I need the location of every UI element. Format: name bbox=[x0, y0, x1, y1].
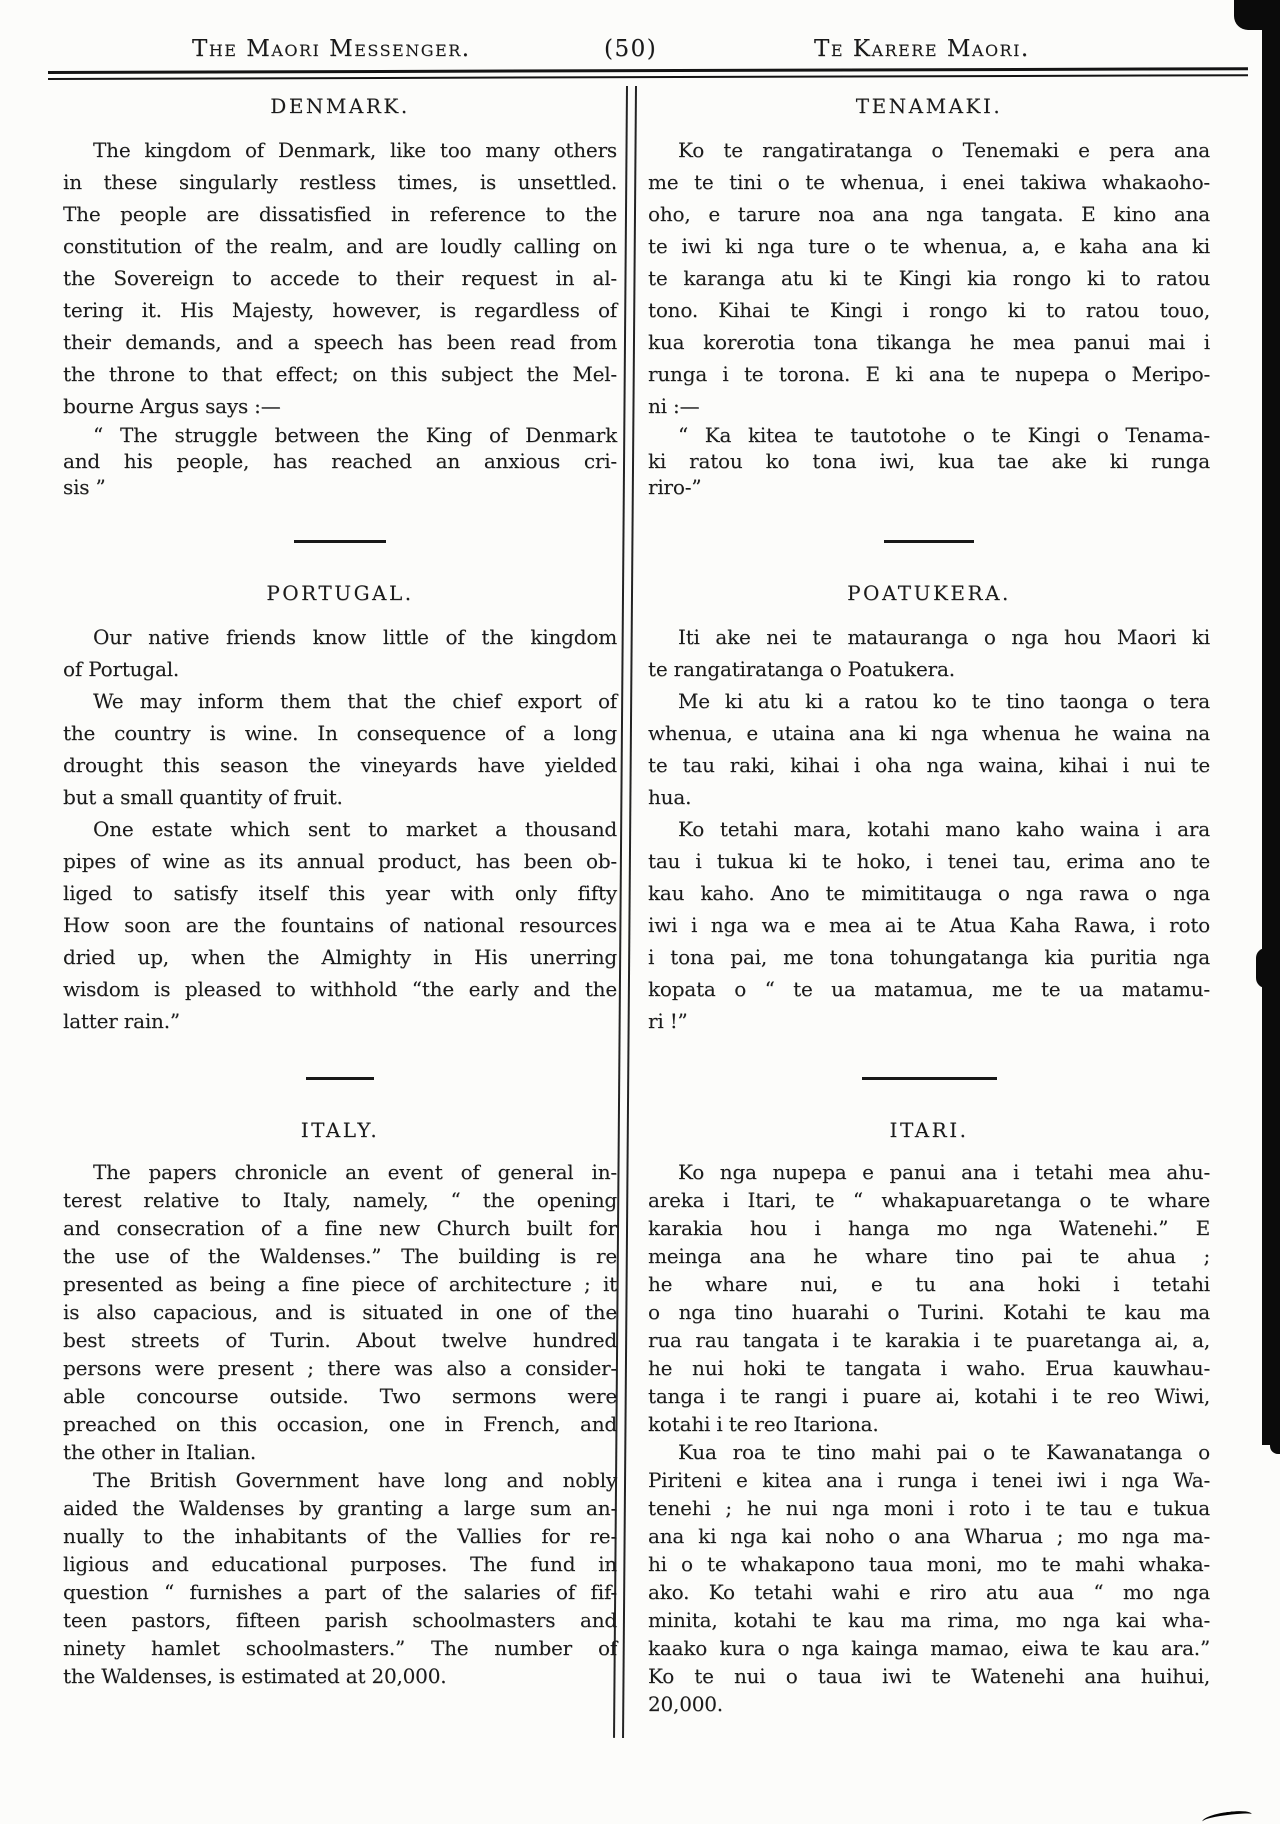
newspaper-title-left: The Maori Messenger. bbox=[192, 36, 471, 62]
quote-paragraph: “ The struggle between the King of Denma… bbox=[63, 422, 617, 500]
newspaper-page: The Maori Messenger. (50) Te Karere Maor… bbox=[0, 0, 1280, 1824]
text-line: Our native friends know little of the ki… bbox=[63, 621, 617, 653]
text-line: hua. bbox=[648, 781, 1210, 813]
header-double-rule bbox=[48, 67, 1248, 80]
paragraph: Kua roa te tino mahi pai o te Kawanatang… bbox=[648, 1438, 1210, 1718]
text-line: tanga i te rangi i puare ai, kotahi i te… bbox=[648, 1382, 1210, 1410]
paragraph: Iti ake nei te matauranga o nga hou Maor… bbox=[648, 621, 1210, 685]
section-heading: POATUKERA. bbox=[648, 581, 1210, 605]
text-line: drought this season the vineyards have y… bbox=[63, 749, 617, 781]
section-divider bbox=[306, 1077, 374, 1080]
text-line: 20,000. bbox=[648, 1690, 1210, 1718]
section-denmark: DENMARK.The kingdom of Denmark, like too… bbox=[63, 94, 617, 500]
text-line: tenehi ; he nui nga moni i roto i te tau… bbox=[648, 1494, 1210, 1522]
text-line: te karanga atu ki te Kingi kia rongo ki … bbox=[648, 262, 1210, 294]
section-heading: TENAMAKI. bbox=[648, 94, 1210, 118]
text-line: latter rain.” bbox=[63, 1005, 617, 1037]
text-line: The papers chronicle an event of general… bbox=[63, 1158, 617, 1186]
text-line: We may inform them that the chief export… bbox=[63, 685, 617, 717]
text-line: bourne Argus says :— bbox=[63, 390, 617, 422]
text-line: in these singularly restless times, is u… bbox=[63, 166, 617, 198]
paragraph: We may inform them that the chief export… bbox=[63, 685, 617, 813]
text-line: tono. Kihai te Kingi i rongo ki to ratou… bbox=[648, 294, 1210, 326]
text-line: karakia hou i hanga mo nga Watenehi.” E bbox=[648, 1214, 1210, 1242]
text-line: One estate which sent to market a thousa… bbox=[63, 813, 617, 845]
text-line: ri !” bbox=[648, 1005, 1210, 1037]
text-line: presented as being a fine piece of archi… bbox=[63, 1270, 617, 1298]
text-line: ana ki nga kai noho o ana Wharua ; mo ng… bbox=[648, 1522, 1210, 1550]
text-line: riro-” bbox=[648, 474, 1210, 500]
text-line: ligious and educational purposes. The fu… bbox=[63, 1550, 617, 1578]
paragraph: The kingdom of Denmark, like too many ot… bbox=[63, 134, 617, 422]
text-line: te rangatiratanga o Poatukera. bbox=[648, 653, 1210, 685]
scan-corner-mark bbox=[1202, 1809, 1253, 1824]
text-line: kopata o “ te ua matamua, me te ua matam… bbox=[648, 973, 1210, 1005]
text-line: tau i tukua ki te hoko, i tenei tau, eri… bbox=[648, 845, 1210, 877]
section-heading: PORTUGAL. bbox=[63, 581, 617, 605]
text-line: Ko tetahi mara, kotahi mano kaho waina i… bbox=[648, 813, 1210, 845]
paragraph: Ko nga nupepa e panui ana i tetahi mea a… bbox=[648, 1158, 1210, 1438]
text-line: nually to the inhabitants of the Vallies… bbox=[63, 1522, 617, 1550]
text-line: “ The struggle between the King of Denma… bbox=[63, 422, 617, 448]
column-right: TENAMAKI.Ko te rangatiratanga o Tenemaki… bbox=[648, 88, 1210, 1718]
text-line: me te tini o te whenua, i enei takiwa wh… bbox=[648, 166, 1210, 198]
text-line: The British Government have long and nob… bbox=[63, 1466, 617, 1494]
text-line: sis ” bbox=[63, 474, 617, 500]
section-portugal: PORTUGAL.Our native friends know little … bbox=[63, 540, 617, 1037]
text-line: ninety hamlet schoolmasters.” The number… bbox=[63, 1634, 617, 1662]
text-line: The kingdom of Denmark, like too many ot… bbox=[63, 134, 617, 166]
text-line: constitution of the realm, and are loudl… bbox=[63, 230, 617, 262]
text-line: of Portugal. bbox=[63, 653, 617, 685]
text-line: whenua, e utaina ana ki nga whenua he wa… bbox=[648, 717, 1210, 749]
text-line: kua korerotia tona tikanga he mea panui … bbox=[648, 326, 1210, 358]
text-line: kaako kura o nga kainga mamao, eiwa te k… bbox=[648, 1634, 1210, 1662]
text-line: oho, e tarure noa ana nga tangata. E kin… bbox=[648, 198, 1210, 230]
text-line: the use of the Waldenses.” The building … bbox=[63, 1242, 617, 1270]
column-left: DENMARK.The kingdom of Denmark, like too… bbox=[63, 88, 617, 1690]
text-line: the Sovereign to accede to their request… bbox=[63, 262, 617, 294]
text-line: minita, kotahi te kau ma rima, mo nga ka… bbox=[648, 1606, 1210, 1634]
text-line: kotahi i te reo Itariona. bbox=[648, 1410, 1210, 1438]
paragraph: Me ki atu ki a ratou ko te tino taonga o… bbox=[648, 685, 1210, 813]
scan-edge-bar-blob bbox=[1256, 948, 1272, 988]
text-line: te iwi ki nga ture o te whenua, a, e kah… bbox=[648, 230, 1210, 262]
text-line: iwi i nga wa e mea ai te Atua Kaha Rawa,… bbox=[648, 909, 1210, 941]
text-line: The people are dissatisfied in reference… bbox=[63, 198, 617, 230]
text-line: ki ratou ko tona iwi, kua tae ake ki run… bbox=[648, 448, 1210, 474]
text-line: ni :— bbox=[648, 390, 1210, 422]
text-line: tering it. His Majesty, however, is rega… bbox=[63, 294, 617, 326]
text-line: kau kaho. Ano te mimititauga o nga rawa … bbox=[648, 877, 1210, 909]
section-tenamaki: TENAMAKI.Ko te rangatiratanga o Tenemaki… bbox=[648, 94, 1210, 500]
text-line: Ko nga nupepa e panui ana i tetahi mea a… bbox=[648, 1158, 1210, 1186]
paragraph: The British Government have long and nob… bbox=[63, 1466, 617, 1690]
text-line: Kua roa te tino mahi pai o te Kawanatang… bbox=[648, 1438, 1210, 1466]
section-heading: ITALY. bbox=[63, 1118, 617, 1142]
text-line: How soon are the fountains of national r… bbox=[63, 909, 617, 941]
text-line: hi o te whakapono taua moni, mo te mahi … bbox=[648, 1550, 1210, 1578]
quote-paragraph: “ Ka kitea te tautotohe o te Kingi o Ten… bbox=[648, 422, 1210, 500]
text-line: the Waldenses, is estimated at 20,000. bbox=[63, 1662, 617, 1690]
section-divider bbox=[294, 540, 386, 543]
text-line: he whare nui, e tu ana hoki i tetahi bbox=[648, 1270, 1210, 1298]
text-line: Me ki atu ki a ratou ko te tino taonga o… bbox=[648, 685, 1210, 717]
text-line: pipes of wine as its annual product, has… bbox=[63, 845, 617, 877]
section-divider bbox=[862, 1077, 997, 1080]
section-divider bbox=[884, 540, 974, 543]
text-line: Ko te rangatiratanga o Tenemaki e pera a… bbox=[648, 134, 1210, 166]
text-line: aided the Waldenses by granting a large … bbox=[63, 1494, 617, 1522]
text-line: the throne to that effect; on this subje… bbox=[63, 358, 617, 390]
scan-edge-bar bbox=[1262, 0, 1280, 1445]
text-line: o nga tino huarahi o Turini. Kotahi te k… bbox=[648, 1298, 1210, 1326]
text-line: able concourse outside. Two sermons were bbox=[63, 1382, 617, 1410]
text-line: and his people, has reached an anxious c… bbox=[63, 448, 617, 474]
text-line: “ Ka kitea te tautotohe o te Kingi o Ten… bbox=[648, 422, 1210, 448]
paragraph: Ko te rangatiratanga o Tenemaki e pera a… bbox=[648, 134, 1210, 422]
scan-edge-bar-cap bbox=[1234, 0, 1280, 30]
text-line: preached on this occasion, one in French… bbox=[63, 1410, 617, 1438]
text-line: their demands, and a speech has been rea… bbox=[63, 326, 617, 358]
text-line: Ko te nui o taua iwi te Watenehi ana hui… bbox=[648, 1662, 1210, 1690]
section-heading: DENMARK. bbox=[63, 94, 617, 118]
text-line: terest relative to Italy, namely, “ the … bbox=[63, 1186, 617, 1214]
paragraph: One estate which sent to market a thousa… bbox=[63, 813, 617, 1037]
text-line: dried up, when the Almighty in His unerr… bbox=[63, 941, 617, 973]
text-line: rua rau tangata i te karakia i te puaret… bbox=[648, 1326, 1210, 1354]
text-line: areka i Itari, te “ whakapuaretanga o te… bbox=[648, 1186, 1210, 1214]
text-line: is also capacious, and is situated in on… bbox=[63, 1298, 617, 1326]
paragraph: Ko tetahi mara, kotahi mano kaho waina i… bbox=[648, 813, 1210, 1037]
section-poatukera: POATUKERA.Iti ake nei te matauranga o ng… bbox=[648, 540, 1210, 1037]
text-line: the country is wine. In consequence of a… bbox=[63, 717, 617, 749]
text-line: the other in Italian. bbox=[63, 1438, 617, 1466]
scan-edge-bar-taper bbox=[1270, 1438, 1280, 1454]
text-line: liged to satisfy itself this year with o… bbox=[63, 877, 617, 909]
text-line: runga i te torona. E ki ana te nupepa o … bbox=[648, 358, 1210, 390]
text-line: persons were present ; there was also a … bbox=[63, 1354, 617, 1382]
section-heading: ITARI. bbox=[648, 1118, 1210, 1142]
text-line: teen pastors, fifteen parish schoolmaste… bbox=[63, 1606, 617, 1634]
text-line: meinga ana he whare tino pai te ahua ; bbox=[648, 1242, 1210, 1270]
section-italy: ITALY.The papers chronicle an event of g… bbox=[63, 1077, 617, 1690]
text-line: te tau raki, kihai i oha nga waina, kiha… bbox=[648, 749, 1210, 781]
text-line: and consecration of a fine new Church bu… bbox=[63, 1214, 617, 1242]
section-itari: ITARI.Ko nga nupepa e panui ana i tetahi… bbox=[648, 1077, 1210, 1718]
paragraph: The papers chronicle an event of general… bbox=[63, 1158, 617, 1466]
newspaper-title-right: Te Karere Maori. bbox=[814, 36, 1030, 62]
text-line: Iti ake nei te matauranga o nga hou Maor… bbox=[648, 621, 1210, 653]
text-line: i tona pai, me tona tohungatanga kia pur… bbox=[648, 941, 1210, 973]
text-line: but a small quantity of fruit. bbox=[63, 781, 617, 813]
text-line: ako. Ko tetahi wahi e riro atu aua “ mo … bbox=[648, 1578, 1210, 1606]
text-line: Piriteni e kitea ana i runga i tenei iwi… bbox=[648, 1466, 1210, 1494]
text-line: question “ furnishes a part of the salar… bbox=[63, 1578, 617, 1606]
paragraph: Our native friends know little of the ki… bbox=[63, 621, 617, 685]
page-number: (50) bbox=[604, 36, 657, 62]
text-line: he nui hoki te tangata i waho. Erua kauw… bbox=[648, 1354, 1210, 1382]
text-line: wisdom is pleased to withhold “the early… bbox=[63, 973, 617, 1005]
text-line: best streets of Turin. About twelve hund… bbox=[63, 1326, 617, 1354]
